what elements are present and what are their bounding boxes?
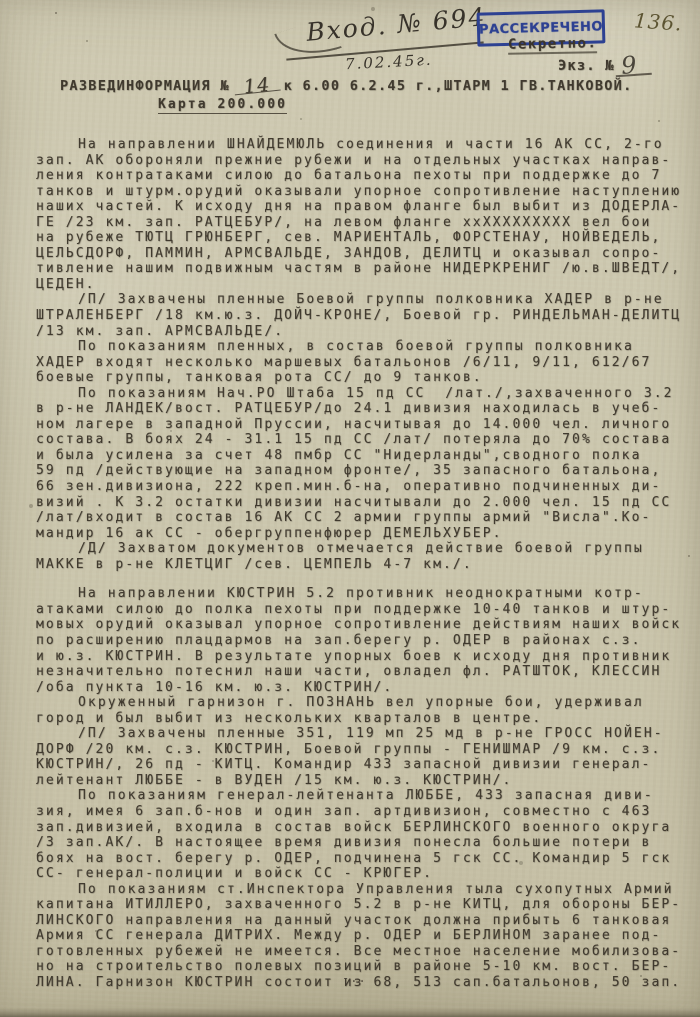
paragraph: По показаниям генерал-лейтенанта ЛЮББЕ, … bbox=[36, 788, 700, 881]
document-page: Вход. № 694 7.02.45г. РАССЕКРЕЧЕНО Секре… bbox=[0, 0, 700, 1017]
end-mark: -.. bbox=[342, 971, 367, 985]
copy-label: Экз. № bbox=[558, 58, 615, 74]
paper-specks bbox=[0, 0, 2, 2]
section-kuestrin: На направлении КЮСТРИН 5.2 противник нео… bbox=[36, 586, 700, 990]
paragraph: /П/ Захвачены пленные Боевой группы полк… bbox=[36, 292, 700, 339]
secrecy-label: Секретно. bbox=[508, 35, 598, 55]
paragraph: /П/ Захвачены пленные 351, 119 мп 25 мд … bbox=[36, 726, 700, 788]
report-title-suffix: к 6.00 6.2.45 г.,ШТАРМ 1 ГВ.ТАНКОВОЙ. bbox=[284, 78, 633, 94]
incoming-number-note: Вход. № 694 bbox=[305, 2, 487, 47]
paragraph: На направлении КЮСТРИН 5.2 противник нео… bbox=[36, 586, 700, 695]
report-title: РАЗВЕДИНФОРМАЦИЯ №14к 6.00 6.2.45 г.,ШТА… bbox=[60, 78, 633, 94]
map-scale-line: Карта 200.000 bbox=[158, 97, 287, 114]
incoming-date-note: 7.02.45г. bbox=[345, 51, 433, 74]
paragraph: На направлении ШНАЙДЕМЮЛЬ соединения и ч… bbox=[36, 137, 700, 292]
copy-number-handwritten: 9 bbox=[614, 56, 652, 77]
paragraph: /Д/ Захватом документов отмечается дейст… bbox=[36, 541, 700, 572]
report-body: На направлении ШНАЙДЕМЮЛЬ соединения и ч… bbox=[36, 137, 700, 991]
paragraph: По показаниям Нач.РО Штаба 15 пд СС /лат… bbox=[36, 386, 700, 541]
report-number-handwritten: 14 bbox=[233, 79, 280, 96]
paragraph: По показаниям ст.Инспектора Управления т… bbox=[36, 882, 700, 991]
paragraph: По показаниям пленных, в состав боевой г… bbox=[36, 339, 700, 386]
paragraph: Окруженный гарнизон г. ПОЗНАНЬ вел упорн… bbox=[36, 695, 700, 726]
section-shnaidemuhl: На направлении ШНАЙДЕМЮЛЬ соединения и ч… bbox=[36, 137, 700, 572]
report-title-prefix: РАЗВЕДИНФОРМАЦИЯ № bbox=[60, 78, 230, 94]
copy-line: Экз. №9 bbox=[558, 54, 651, 74]
page-number: 136. bbox=[633, 8, 683, 35]
